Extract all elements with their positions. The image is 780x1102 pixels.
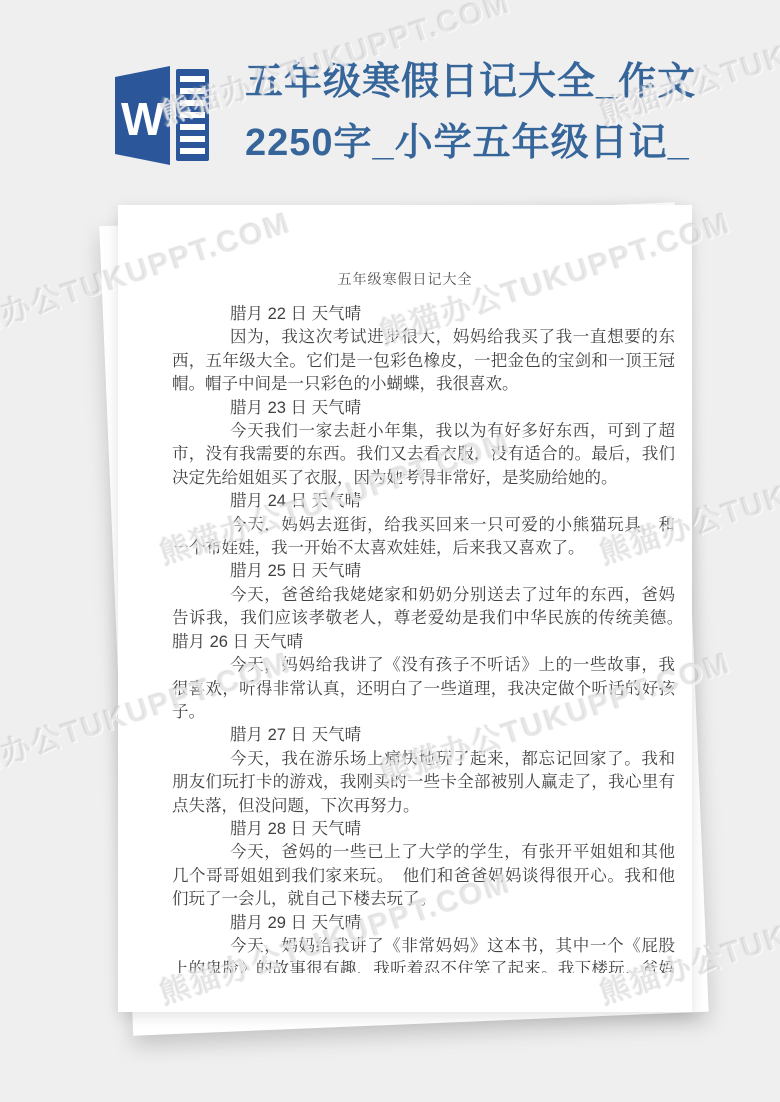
page-title[interactable]: 五年级寒假日记大全_作文2250字_小学五年级日记_ xyxy=(245,52,713,174)
diary-date-line: 腊月 23 日 天气晴 xyxy=(172,397,675,420)
word-icon: W xyxy=(110,62,212,169)
diary-date-line: 腊月 28 日 天气晴 xyxy=(172,818,675,841)
document-page-preview: 五年级寒假日记大全 腊月 22 日 天气晴因为，我这次考试进步很大，妈妈给我买了… xyxy=(118,205,692,1012)
svg-text:W: W xyxy=(121,93,165,145)
diary-paragraph: 今天，妈妈去逛街，给我买回来一只可爱的小熊猫玩具，和一个布娃娃，我一开始不太喜欢… xyxy=(172,514,675,561)
diary-date-line: 腊月 27 日 天气晴 xyxy=(172,724,675,747)
diary-paragraph: 今天，我在游乐场上痛快地玩了起来，都忘记回家了。我和朋友们玩打卡的游戏，我刚买的… xyxy=(172,748,675,818)
diary-paragraph: 今天，妈妈给我讲了《非常妈妈》这本书，其中一个《屁股上的鬼脸》的故事很有趣，我听… xyxy=(172,935,675,973)
diary-paragraph: 今天，妈妈给我讲了《没有孩子不听话》上的一些故事，我很喜欢，听得非常认真，还明白… xyxy=(172,654,675,724)
diary-date-line: 腊月 29 日 天气晴 xyxy=(172,912,675,935)
diary-date-line: 腊月 22 日 天气晴 xyxy=(172,303,675,326)
page-background: W 五年级寒假日记大全_作文2250字_小学五年级日记_ 五年级寒假日记大全 腊… xyxy=(0,0,780,1102)
diary-paragraph: 因为，我这次考试进步很大，妈妈给我买了我一直想要的东西，五年级大全。它们是一包彩… xyxy=(172,326,675,396)
diary-paragraph: 今天我们一家去赶小年集，我以为有好多好东西，可到了超市，没有我需要的东西。我们又… xyxy=(172,420,675,490)
diary-paragraph: 今天，爸爸给我姥姥家和奶奶分别送去了过年的东西，爸妈告诉我，我们应该孝敬老人，尊… xyxy=(172,584,675,654)
document-title: 五年级寒假日记大全 xyxy=(118,269,692,289)
diary-paragraph: 今天，爸妈的一些已上了大学的学生，有张开平姐姐和其他几个哥哥姐姐到我们家来玩。 … xyxy=(172,841,675,911)
diary-date-line: 腊月 24 日 天气晴 xyxy=(172,490,675,513)
diary-date-line: 腊月 25 日 天气晴 xyxy=(172,560,675,583)
document-header: W 五年级寒假日记大全_作文2250字_小学五年级日记_ xyxy=(0,0,780,190)
document-body: 腊月 22 日 天气晴因为，我这次考试进步很大，妈妈给我买了我一直想要的东西，五… xyxy=(118,303,692,973)
